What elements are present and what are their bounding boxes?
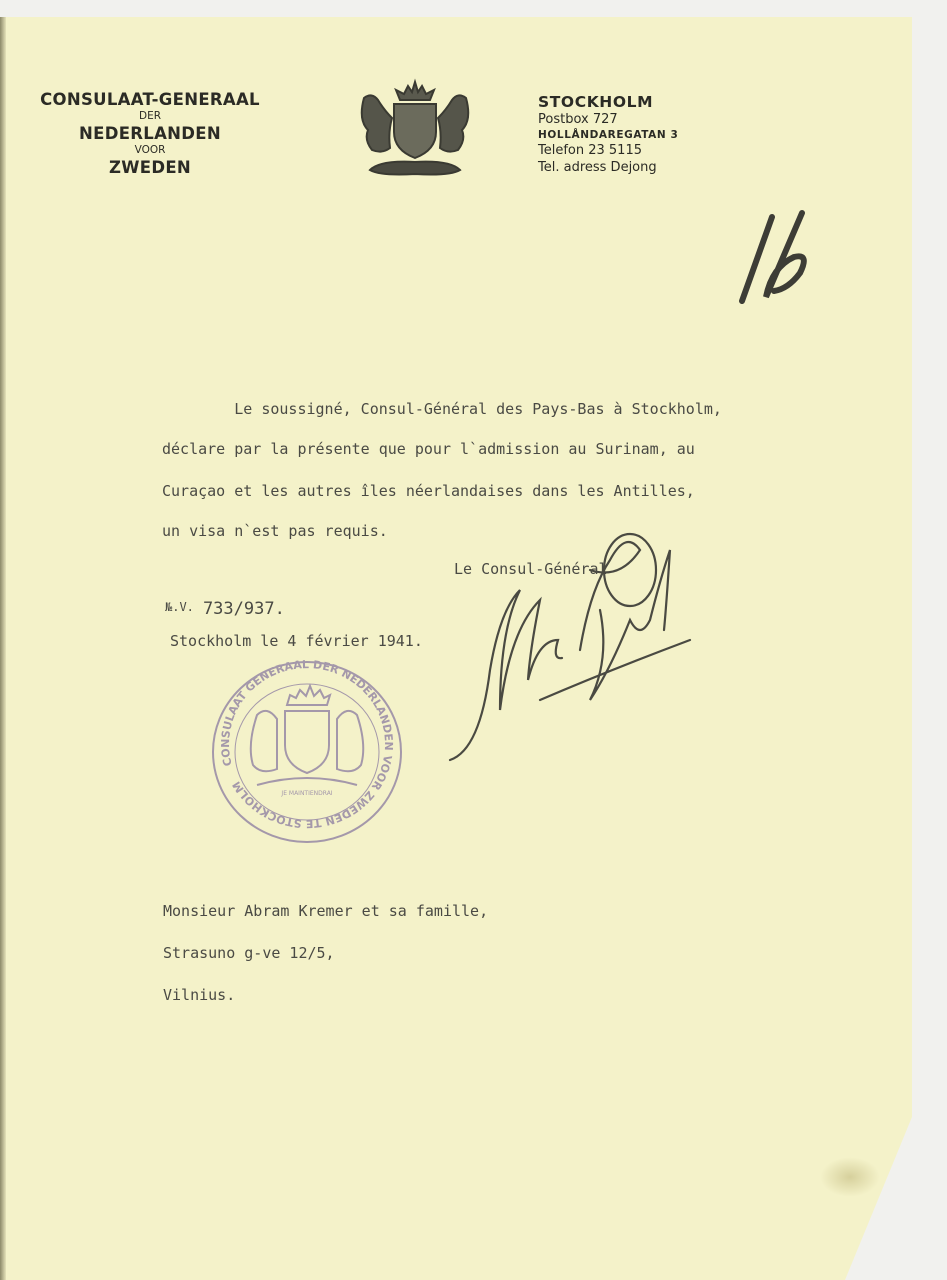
letterhead-line4: VOOR — [0, 144, 300, 157]
paper-stain — [820, 1157, 880, 1197]
coat-of-arms-icon — [350, 78, 480, 183]
body-line-3: Curaçao et les autres îles néerlandaises… — [162, 482, 695, 500]
letterhead-city: STOCKHOLM — [538, 93, 678, 111]
letterhead-line1: CONSULAAT-GENERAAL — [0, 89, 300, 110]
consulate-stamp: CONSULAAT GENERAAL DER NEDERLANDEN VOOR … — [207, 655, 407, 850]
letterhead-line2: DER — [0, 110, 300, 123]
letterhead-postbox: Postbox 727 — [538, 111, 678, 128]
body-line-2: déclare par la présente que pour l`admis… — [162, 440, 695, 458]
letterhead-line3: NEDERLANDEN — [0, 123, 300, 144]
body-line-1: Le soussigné, Consul-Général des Pays-Ba… — [162, 400, 722, 418]
letterhead-telegram: Tel. adress Dejong — [538, 159, 678, 176]
letterhead-consulate: CONSULAAT-GENERAAL DER NEDERLANDEN VOOR … — [0, 89, 300, 178]
stamp-motto: JE MAINTIENDRAI — [280, 790, 332, 797]
folio-number-mark — [730, 205, 840, 315]
addressee-line-1: Monsieur Abram Kremer et sa famille, — [163, 902, 488, 920]
reference-line: №.V. 733/937. — [165, 596, 285, 616]
addressee-line-3: Vilnius. — [163, 986, 235, 1004]
place-date: Stockholm le 4 février 1941. — [170, 632, 423, 650]
letterhead-street: HOLLÅNDAREGATAN 3 — [538, 128, 678, 142]
consul-signature — [440, 530, 710, 780]
reference-number: 733/937. — [203, 599, 285, 619]
letterhead-address: STOCKHOLM Postbox 727 HOLLÅNDAREGATAN 3 … — [538, 93, 678, 176]
reference-label: №.V. — [165, 600, 194, 614]
letterhead-line5: ZWEDEN — [0, 157, 300, 178]
body-line-4: un visa n`est pas requis. — [162, 522, 388, 540]
addressee-line-2: Strasuno g-ve 12/5, — [163, 944, 335, 962]
letterhead-phone: Telefon 23 5115 — [538, 142, 678, 159]
